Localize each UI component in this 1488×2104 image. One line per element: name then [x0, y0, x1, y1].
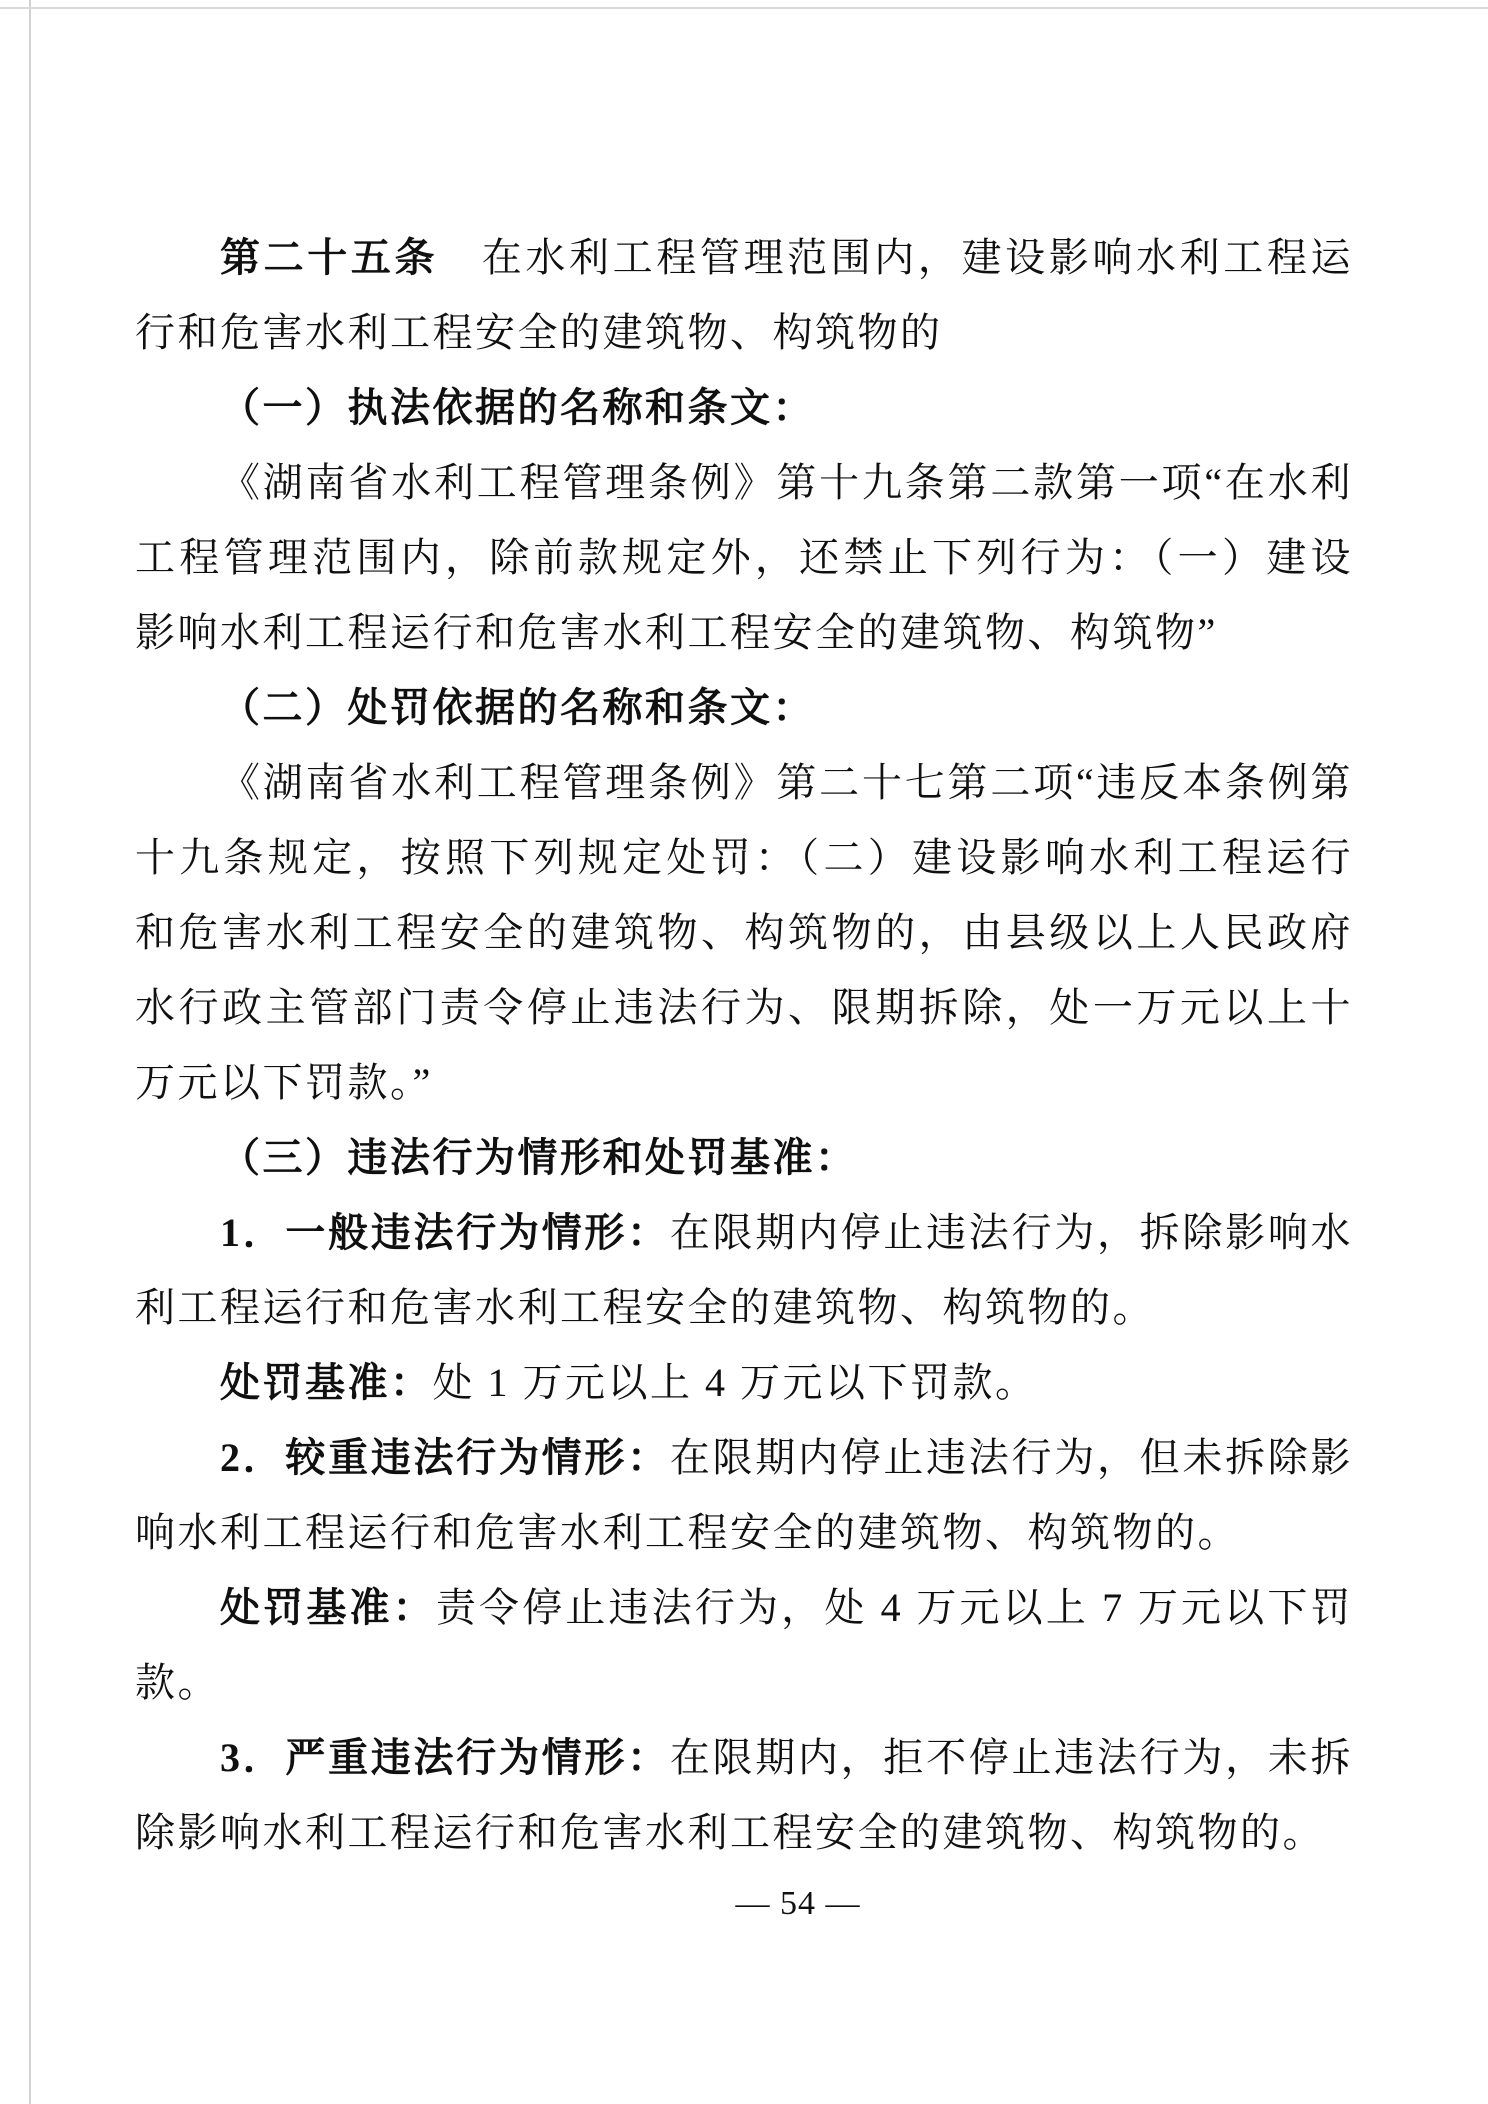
text-run: 款。: [135, 1660, 220, 1705]
text-line: 款。: [135, 1645, 1353, 1720]
document-page: 第二十五条 在水利工程管理范围内，建设影响水利工程运行和危害水利工程安全的建筑物…: [0, 0, 1488, 2104]
emphasis-run: 处罚基准：: [220, 1585, 436, 1630]
emphasis-run: （一）执法依据的名称和条文：: [220, 385, 815, 430]
text-line: （三）违法行为情形和处罚基准：: [135, 1120, 1353, 1195]
emphasis-run: （三）违法行为情形和处罚基准：: [220, 1135, 858, 1180]
text-line: 十九条规定，按照下列规定处罚：（二）建设影响水利工程运行: [135, 820, 1353, 895]
text-run: 在水利工程管理范围内，建设影响水利工程运: [438, 235, 1353, 280]
text-run: 万元以下罚款。”: [135, 1060, 433, 1105]
text-line: 行和危害水利工程安全的建筑物、构筑物的: [135, 295, 1353, 370]
text-line: （一）执法依据的名称和条文：: [135, 370, 1353, 445]
text-line: 第二十五条 在水利工程管理范围内，建设影响水利工程运: [135, 220, 1353, 295]
page-left-border: [29, 0, 31, 2104]
text-run: 责令停止违法行为，处 4 万元以上 7 万元以下罚: [436, 1585, 1353, 1630]
text-run: 《湖南省水利工程管理条例》第二十七第二项“违反本条例第: [220, 760, 1353, 805]
text-run: 《湖南省水利工程管理条例》第十九条第二款第一项“在水利: [220, 460, 1353, 505]
text-line: 处罚基准：责令停止违法行为，处 4 万元以上 7 万元以下罚: [135, 1570, 1353, 1645]
text-run: 在限期内，拒不停止违法行为，未拆: [670, 1735, 1353, 1780]
text-line: 处罚基准：处 1 万元以上 4 万元以下罚款。: [135, 1345, 1353, 1420]
text-line: 工程管理范围内，除前款规定外，还禁止下列行为：（一）建设: [135, 520, 1353, 595]
emphasis-run: 3．严重违法行为情形：: [220, 1735, 670, 1780]
text-line: 3．严重违法行为情形：在限期内，拒不停止违法行为，未拆: [135, 1720, 1353, 1795]
text-line: 《湖南省水利工程管理条例》第二十七第二项“违反本条例第: [135, 745, 1353, 820]
emphasis-run: （二）处罚依据的名称和条文：: [220, 685, 815, 730]
text-run: 水行政主管部门责令停止违法行为、限期拆除，处一万元以上十: [135, 985, 1353, 1030]
text-run: 工程管理范围内，除前款规定外，还禁止下列行为：（一）建设: [135, 535, 1353, 580]
text-line: （二）处罚依据的名称和条文：: [135, 670, 1353, 745]
text-run: 利工程运行和危害水利工程安全的建筑物、构筑物的。: [135, 1285, 1155, 1330]
text-line: 万元以下罚款。”: [135, 1045, 1353, 1120]
text-line: 和危害水利工程安全的建筑物、构筑物的，由县级以上人民政府: [135, 895, 1353, 970]
text-line: 影响水利工程运行和危害水利工程安全的建筑物、构筑物”: [135, 595, 1353, 670]
text-run: 行和危害水利工程安全的建筑物、构筑物的: [135, 310, 943, 355]
page-top-border: [0, 7, 1488, 9]
emphasis-run: 2．较重违法行为情形：: [220, 1435, 670, 1480]
text-run: 十九条规定，按照下列规定处罚：（二）建设影响水利工程运行: [135, 835, 1353, 880]
text-line: 利工程运行和危害水利工程安全的建筑物、构筑物的。: [135, 1270, 1353, 1345]
document-body: 第二十五条 在水利工程管理范围内，建设影响水利工程运行和危害水利工程安全的建筑物…: [135, 220, 1353, 1870]
text-line: 2．较重违法行为情形：在限期内停止违法行为，但未拆除影: [135, 1420, 1353, 1495]
text-run: 和危害水利工程安全的建筑物、构筑物的，由县级以上人民政府: [135, 910, 1353, 955]
emphasis-run: 1．一般违法行为情形：: [220, 1210, 670, 1255]
text-run: 影响水利工程运行和危害水利工程安全的建筑物、构筑物”: [135, 610, 1218, 655]
page-number: — 54 —: [54, 1882, 1488, 1926]
text-run: 处 1 万元以上 4 万元以下罚款。: [433, 1360, 1038, 1405]
emphasis-run: 处罚基准：: [220, 1360, 433, 1405]
text-line: 除影响水利工程运行和危害水利工程安全的建筑物、构筑物的。: [135, 1795, 1353, 1870]
text-run: 在限期内停止违法行为，拆除影响水: [670, 1210, 1353, 1255]
text-line: 响水利工程运行和危害水利工程安全的建筑物、构筑物的。: [135, 1495, 1353, 1570]
text-line: 1．一般违法行为情形：在限期内停止违法行为，拆除影响水: [135, 1195, 1353, 1270]
emphasis-run: 第二十五条: [220, 235, 438, 280]
text-run: 在限期内停止违法行为，但未拆除影: [670, 1435, 1353, 1480]
text-run: 响水利工程运行和危害水利工程安全的建筑物、构筑物的。: [135, 1510, 1240, 1555]
text-line: 《湖南省水利工程管理条例》第十九条第二款第一项“在水利: [135, 445, 1353, 520]
text-run: 除影响水利工程运行和危害水利工程安全的建筑物、构筑物的。: [135, 1810, 1325, 1855]
text-line: 水行政主管部门责令停止违法行为、限期拆除，处一万元以上十: [135, 970, 1353, 1045]
